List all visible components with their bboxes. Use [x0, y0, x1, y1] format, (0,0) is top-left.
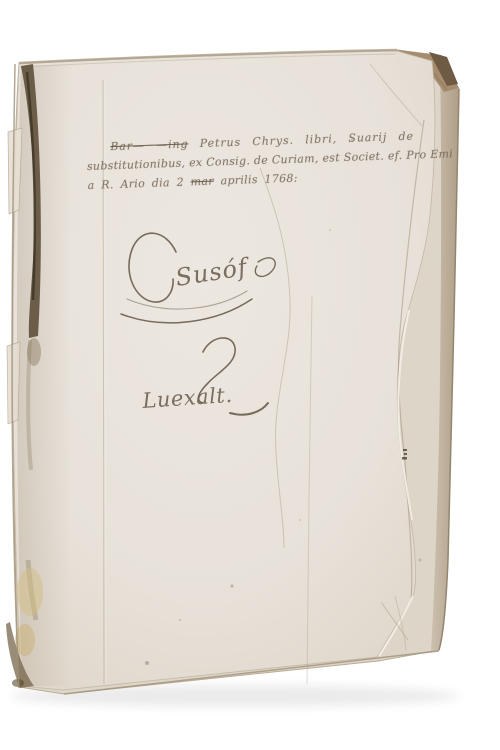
inscription-block: Bar— —ing Petrus Chrys. libri, Suarij de… [86, 126, 428, 195]
inscription-cancelled-word-2: mar [190, 175, 214, 189]
book-illustration: Susóf Luexalt. [0, 0, 500, 750]
inscription-line-3-start: a R. Ario dia 2 [87, 175, 190, 192]
damp-stain-1 [17, 568, 43, 616]
photo-of-antique-book: Susóf Luexalt. Bar— —ing Petrus Chrys. l… [0, 0, 500, 750]
torn-vellum-flap-2 [7, 342, 20, 424]
spine-blot [27, 338, 41, 366]
inscription-line-3-end: aprilis 1768: [214, 172, 298, 188]
inscription-cancelled-word: Bar— —ing [110, 137, 189, 153]
